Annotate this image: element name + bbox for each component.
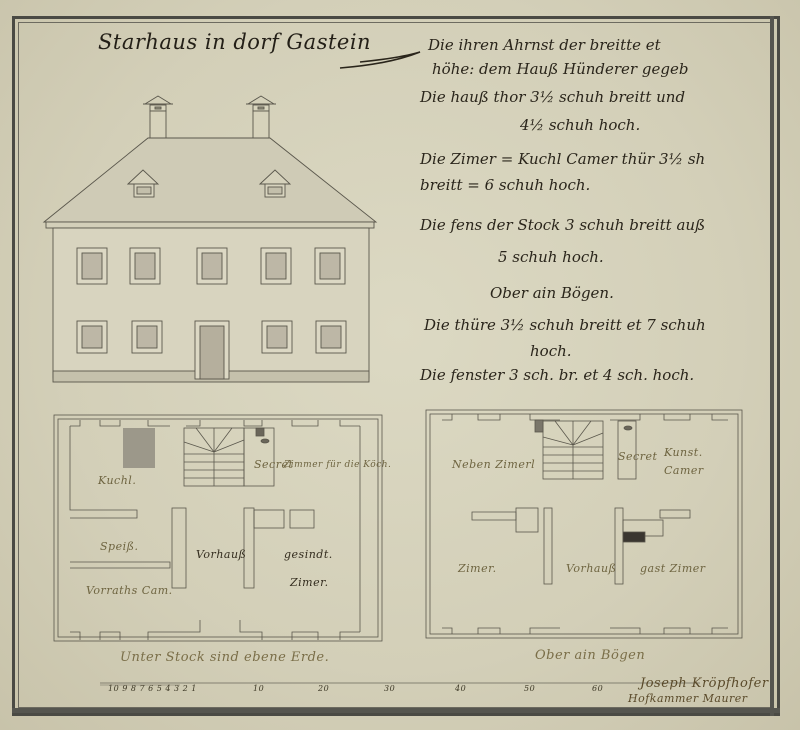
- scale-tick-20: 20: [318, 684, 329, 693]
- scale-small-ticks: 10 9 8 7 6 5 4 3 2 1: [108, 684, 197, 693]
- signature-title: Hofkammer Maurer: [628, 692, 748, 705]
- scale-tick-50: 50: [524, 684, 535, 693]
- scale-tick-10: 10: [253, 684, 264, 693]
- scale-bar: [0, 0, 800, 730]
- signature-name: Joseph Kröpfhofer: [640, 676, 769, 691]
- scale-tick-30: 30: [384, 684, 395, 693]
- scale-tick-40: 40: [455, 684, 466, 693]
- scale-tick-60: 60: [592, 684, 603, 693]
